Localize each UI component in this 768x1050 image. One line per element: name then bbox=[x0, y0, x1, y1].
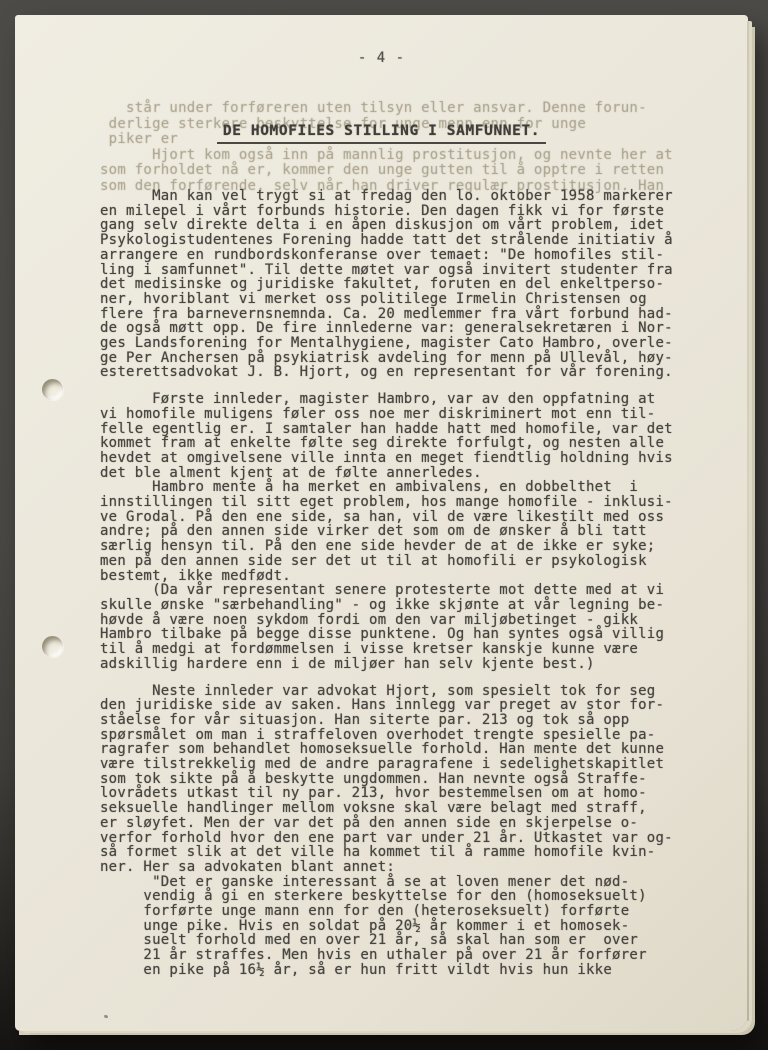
page-title: DE HOMOFILES STILLING I SAMFUNNET. bbox=[15, 123, 748, 144]
punch-hole-top bbox=[42, 379, 63, 400]
paragraph-hjort-legal: Neste innleder var advokat Hjort, som sp… bbox=[100, 684, 700, 875]
page-number: - 4 - bbox=[15, 50, 748, 66]
desk-background: - 4 - står under forføreren uten tilsyn … bbox=[0, 0, 768, 1050]
punch-hole-bottom bbox=[42, 636, 63, 657]
document-body: Man kan vel trygt si at fredag den lo. o… bbox=[100, 189, 700, 978]
paragraph-representative-protest: (Da vår representant senere protesterte … bbox=[100, 583, 700, 671]
bleed-through-text: står under forføreren uten tilsyn eller … bbox=[100, 101, 720, 195]
paragraph-hjort-quote: "Det er ganske interessant å se at loven… bbox=[100, 875, 700, 978]
page-title-text: DE HOMOFILES STILLING I SAMFUNNET. bbox=[217, 123, 546, 144]
paragraph-conference-intro: Man kan vel trygt si at fredag den lo. o… bbox=[100, 189, 700, 380]
document-page: - 4 - står under forføreren uten tilsyn … bbox=[15, 15, 748, 1031]
ink-speck bbox=[104, 1014, 109, 1018]
paragraph-hambro-ambivalence: Hambro mente å ha merket en ambivalens, … bbox=[100, 480, 700, 583]
paragraph-hambro-opening: Første innleder, magister Hambro, var av… bbox=[100, 392, 700, 480]
